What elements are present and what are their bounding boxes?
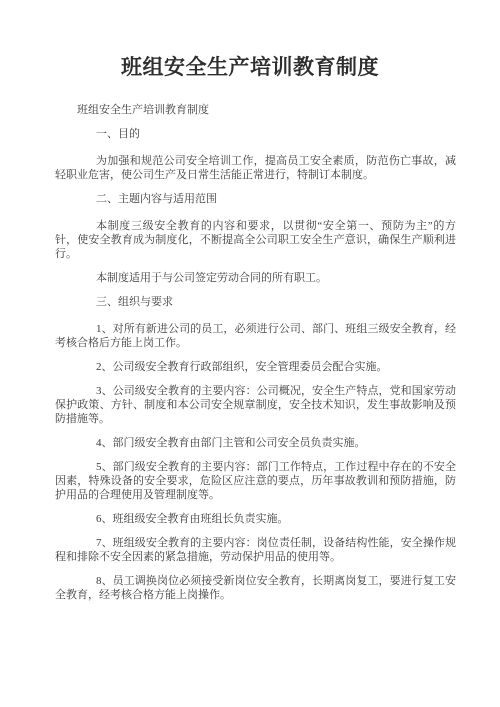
section-heading-purpose: 一、目的 [55, 127, 456, 141]
paragraph: 本制度适用于与公司签定劳动合同的所有职工。 [55, 271, 456, 285]
paragraph: 7、班组级安全教育的主要内容：岗位责任制，设备结构性能，安全操作规程和排除不安全… [55, 536, 456, 564]
paragraph: 6、班组级安全教育由班组长负责实施。 [55, 512, 456, 526]
section-heading-organization: 三、组织与要求 [55, 295, 456, 309]
paragraph: 8、员工调换岗位必须接受新岗位安全教育，长期离岗复工，要进行复工安全教育，经考核… [55, 574, 456, 602]
paragraph: 5、部门级安全教育的主要内容：部门工作特点，工作过程中存在的不安全因素，特殊设备… [55, 460, 456, 502]
paragraph: 4、部门级安全教育由部门主管和公司安全员负责实施。 [55, 436, 456, 450]
document-page: 班组安全生产培训教育制度 班组安全生产培训教育制度 一、目的 为加强和规范公司安… [0, 0, 500, 707]
document-body: 班组安全生产培训教育制度 一、目的 为加强和规范公司安全培训工作，提高员工安全素… [55, 103, 456, 612]
paragraph: 为加强和规范公司安全培训工作，提高员工安全素质，防范伤亡事故，减轻职业危害，使公… [55, 154, 456, 182]
section-heading-scope: 二、主题内容与适用范围 [55, 192, 456, 206]
paragraph: 本制度三级安全教育的内容和要求，以贯彻“安全第一、预防为主”的方针，使安全教育成… [55, 219, 456, 261]
document-title: 班组安全生产培训教育制度 [0, 51, 500, 81]
paragraph: 2、公司级安全教育行政部组织，安全管理委员会配合实施。 [55, 360, 456, 374]
paragraph: 3、公司级安全教育的主要内容：公司概况，安全生产特点，党和国家劳动保护政策、方针… [55, 384, 456, 426]
document-subtitle: 班组安全生产培训教育制度 [55, 103, 456, 117]
paragraph: 1、对所有新进公司的员工，必须进行公司、部门、班组三级安全教育，经考核合格后方能… [55, 322, 456, 350]
